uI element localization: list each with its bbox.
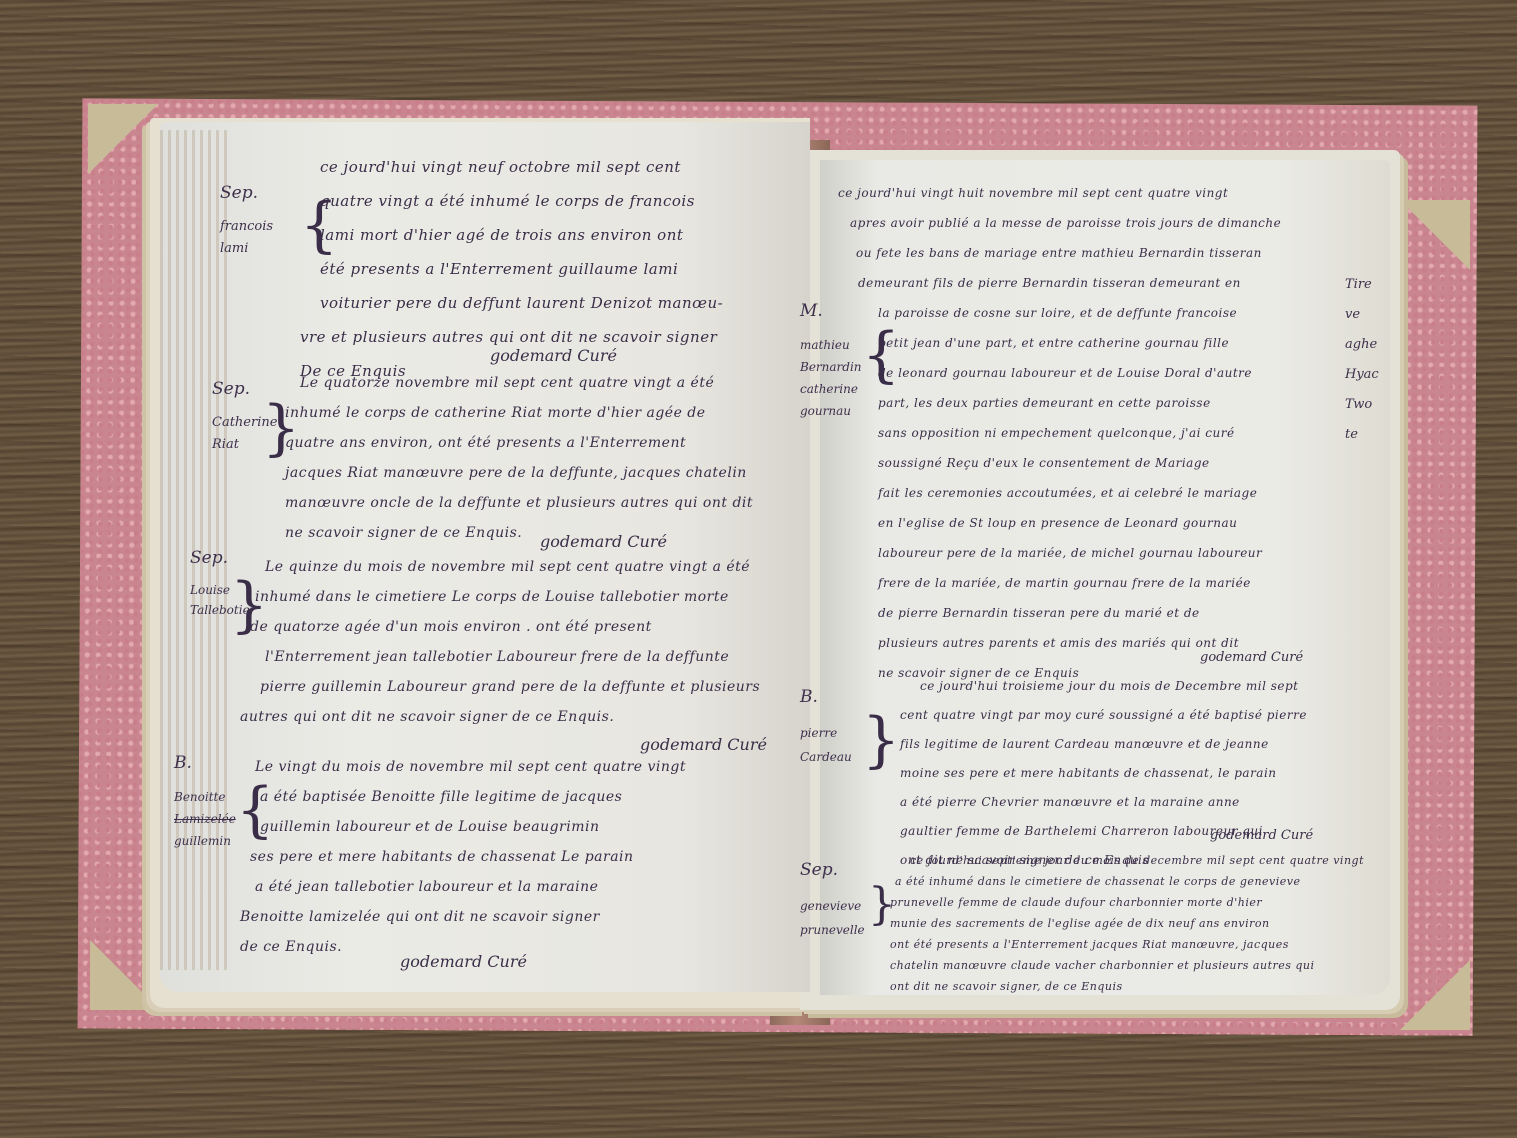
entry-line: quatre ans environ, ont été presents a l…: [285, 428, 753, 458]
margin-name: Cardeau: [800, 745, 852, 769]
entry-type-code: B.: [174, 752, 236, 774]
margin-note-entry-1: Sep. francois lami: [220, 182, 273, 260]
entry-line: apres avoir publié a la messe de paroiss…: [850, 208, 1281, 238]
entry-line: ou fete les bans de mariage entre mathie…: [856, 238, 1281, 268]
entry-line: lami mort d'hier agé de trois ans enviro…: [320, 218, 723, 252]
entry-line: soussigné Reçu d'eux le consentement de …: [878, 448, 1281, 478]
margin-name-struck: Lamizelée: [174, 808, 236, 830]
entry-line: Le quinze du mois de novembre mil sept c…: [265, 552, 760, 582]
entry-line: laboureur pere de la mariée, de michel g…: [878, 538, 1281, 568]
margin-name: prunevelle: [800, 918, 865, 942]
edge-fragment: aghe: [1345, 330, 1379, 360]
entry-line: frere de la mariée, de martin gournau fr…: [878, 568, 1281, 598]
margin-note-right-entry-2: B. pierre Cardeau: [800, 685, 852, 769]
entry-line: de leonard gournau laboureur et de Louis…: [878, 358, 1281, 388]
margin-note-entry-4: B. Benoitte Lamizelée guillemin: [174, 752, 236, 852]
entry-line: cent quatre vingt par moy curé soussigné…: [900, 701, 1307, 730]
entry-line: a été jean tallebotier laboureur et la m…: [255, 872, 686, 902]
margin-name: guillemin: [174, 830, 236, 852]
entry-line: fils legitime de laurent Cardeau manœuvr…: [900, 730, 1307, 759]
entry-line: chatelin manœuvre claude vacher charbonn…: [890, 955, 1364, 976]
right-edge-fragments: Tire ve aghe Hyac Two te: [1345, 270, 1379, 450]
entry-line: a été pierre Chevrier manœuvre et la mar…: [900, 788, 1307, 817]
entry-line: jacques Riat manœuvre pere de la deffunt…: [285, 458, 753, 488]
entry-line: munie des sacrements de l'eglise agée de…: [890, 913, 1364, 934]
register-entry: Le quatorze novembre mil sept cent quatr…: [285, 368, 753, 548]
register-entry: Le quinze du mois de novembre mil sept c…: [240, 552, 760, 732]
edge-fragment: ve: [1345, 300, 1379, 330]
entry-line: pierre guillemin Laboureur grand pere de…: [260, 672, 760, 702]
entry-line: voiturier pere du deffunt laurent Denizo…: [320, 286, 723, 320]
entry-line: en l'eglise de St loup en presence de Le…: [878, 508, 1281, 538]
entry-line: Benoitte lamizelée qui ont dit ne scavoi…: [240, 902, 686, 932]
entry-line: a été inhumé dans le cimetiere de chasse…: [895, 871, 1364, 892]
margin-name: lami: [220, 238, 273, 260]
entry-line: guillemin laboureur et de Louise beaugri…: [260, 812, 686, 842]
signature: godemard Curé: [1200, 650, 1303, 665]
entry-line: inhumé dans le cimetiere Le corps de Lou…: [255, 582, 760, 612]
signature: godemard Curé: [1210, 828, 1313, 843]
entry-line: ce jourd'hui vingt neuf octobre mil sept…: [320, 150, 723, 184]
entry-line: ne scavoir signer de ce Enquis.: [285, 518, 753, 548]
entry-line: ont été presents a l'Enterrement jacques…: [890, 934, 1364, 955]
entry-line: petit jean d'une part, et entre catherin…: [878, 328, 1281, 358]
entry-line: ce jourd'hui septieme jour du mois de de…: [910, 850, 1364, 871]
entry-line: Le quatorze novembre mil sept cent quatr…: [300, 368, 753, 398]
entry-line: l'Enterrement jean tallebotier Laboureur…: [265, 642, 760, 672]
register-entry: ce jourd'hui troisieme jour du mois de D…: [900, 672, 1307, 875]
entry-line: de quatorze agée d'un mois environ . ont…: [250, 612, 760, 642]
register-entry: ce jourd'hui septieme jour du mois de de…: [890, 850, 1364, 997]
entry-type-code: Sep.: [800, 858, 865, 882]
margin-name: pierre: [800, 721, 852, 745]
signature: godemard Curé: [540, 532, 667, 551]
entry-line: de pierre Bernardin tisseran pere du mar…: [878, 598, 1281, 628]
entry-line: la paroisse de cosne sur loire, et de de…: [878, 298, 1281, 328]
entry-line: manœuvre oncle de la deffunte et plusieu…: [285, 488, 753, 518]
entry-line: quatre vingt a été inhumé le corps de fr…: [320, 184, 723, 218]
register-entry: ce jourd'hui vingt huit novembre mil sep…: [838, 178, 1281, 688]
margin-name: Benoitte: [174, 786, 236, 808]
edge-fragment: Hyac: [1345, 360, 1379, 390]
entry-line: demeurant fils de pierre Bernardin tisse…: [858, 268, 1281, 298]
signature: godemard Curé: [490, 346, 617, 365]
entry-line: ce jourd'hui vingt huit novembre mil sep…: [838, 178, 1281, 208]
entry-line: ce jourd'hui troisieme jour du mois de D…: [920, 672, 1307, 701]
edge-fragment: Tire: [1345, 270, 1379, 300]
entry-line: a été baptisée Benoitte fille legitime d…: [260, 782, 686, 812]
entry-line: sans opposition ni empechement quelconqu…: [878, 418, 1281, 448]
margin-name: francois: [220, 216, 273, 238]
entry-line: inhumé le corps de catherine Riat morte …: [285, 398, 753, 428]
entry-line: prunevelle femme de claude dufour charbo…: [890, 892, 1364, 913]
entry-line: moine ses pere et mere habitants de chas…: [900, 759, 1307, 788]
entry-line: ont dit ne scavoir signer, de ce Enquis: [890, 976, 1364, 997]
edge-fragment: te: [1345, 420, 1379, 450]
signature: godemard Curé: [400, 952, 527, 971]
register-entry: Le vingt du mois de novembre mil sept ce…: [250, 752, 686, 962]
entry-line: part, les deux parties demeurant en cett…: [878, 388, 1281, 418]
entry-type-code: B.: [800, 685, 852, 709]
edge-fragment: Two: [1345, 390, 1379, 420]
entry-line: fait les ceremonies accoutumées, et ai c…: [878, 478, 1281, 508]
margin-name: genevieve: [800, 894, 865, 918]
margin-note-right-entry-3: Sep. genevieve prunevelle: [800, 858, 865, 942]
entry-line: Le vingt du mois de novembre mil sept ce…: [255, 752, 686, 782]
entry-line: ses pere et mere habitants de chassenat …: [250, 842, 686, 872]
entry-type-code: Sep.: [220, 182, 273, 204]
brace: }: [862, 710, 900, 770]
entry-line: été presents a l'Enterrement guillaume l…: [320, 252, 723, 286]
entry-line: autres qui ont dit ne scavoir signer de …: [240, 702, 760, 732]
